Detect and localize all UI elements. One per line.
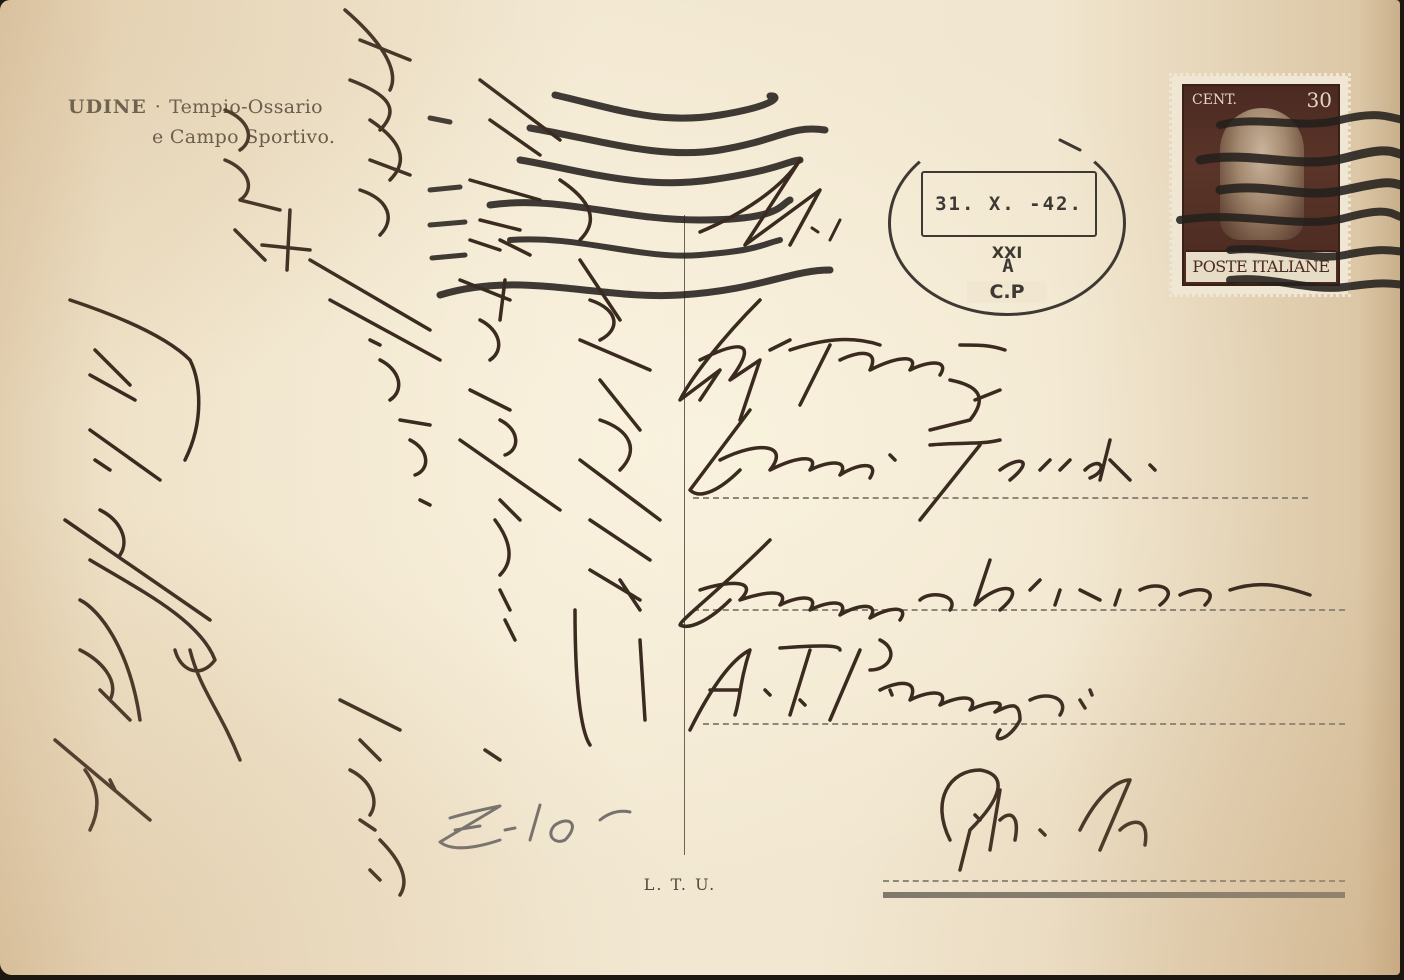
printed-caption: UDINE·Tempio-Ossario e Campo Sportivo. [68,92,335,152]
address-line-2 [693,609,1345,611]
postmark-date: 31. X. -42. A [921,171,1097,237]
caption-line-1: UDINE·Tempio-Ossario [68,92,335,122]
address-transcription: Sig. Capitano [illegible] Ferrot[i] Coma… [0,0,1,1]
printer-mark: L. T. U. [600,875,760,894]
wavy-cancellation-left [430,95,830,296]
address-salutation: Sig. [0,0,1,1]
stamp-country-label: POSTE ITALIANE [1186,250,1336,282]
caption-separator: · [147,96,169,118]
postmark-era-year: XXI [891,243,1123,262]
address-line-3 [703,723,1345,725]
address-line-underline [883,892,1345,898]
caption-line-2: e Campo Sportivo. [68,122,335,152]
postmark-office: C.P [891,281,1123,303]
address-line-1 [693,497,1308,499]
stamp-portrait-icon [1220,108,1304,240]
pencil-note [440,805,630,848]
caption-city: UDINE [68,96,147,118]
caption-landmark: Tempio-Ossario [169,96,323,118]
postcard-back: UDINE·Tempio-Ossario e Campo Sportivo. L… [0,0,1400,975]
stamp-design: CENT. 30 POSTE ITALIANE [1182,84,1340,286]
stamp-denomination-label: CENT. [1192,92,1237,108]
postmark: 31. X. -42. A XXI C.P [888,130,1126,316]
postage-stamp: CENT. 30 POSTE ITALIANE [1172,76,1348,294]
stamp-value: 30 [1307,88,1332,112]
address-line-4 [883,880,1345,882]
center-divider-line [684,215,685,855]
